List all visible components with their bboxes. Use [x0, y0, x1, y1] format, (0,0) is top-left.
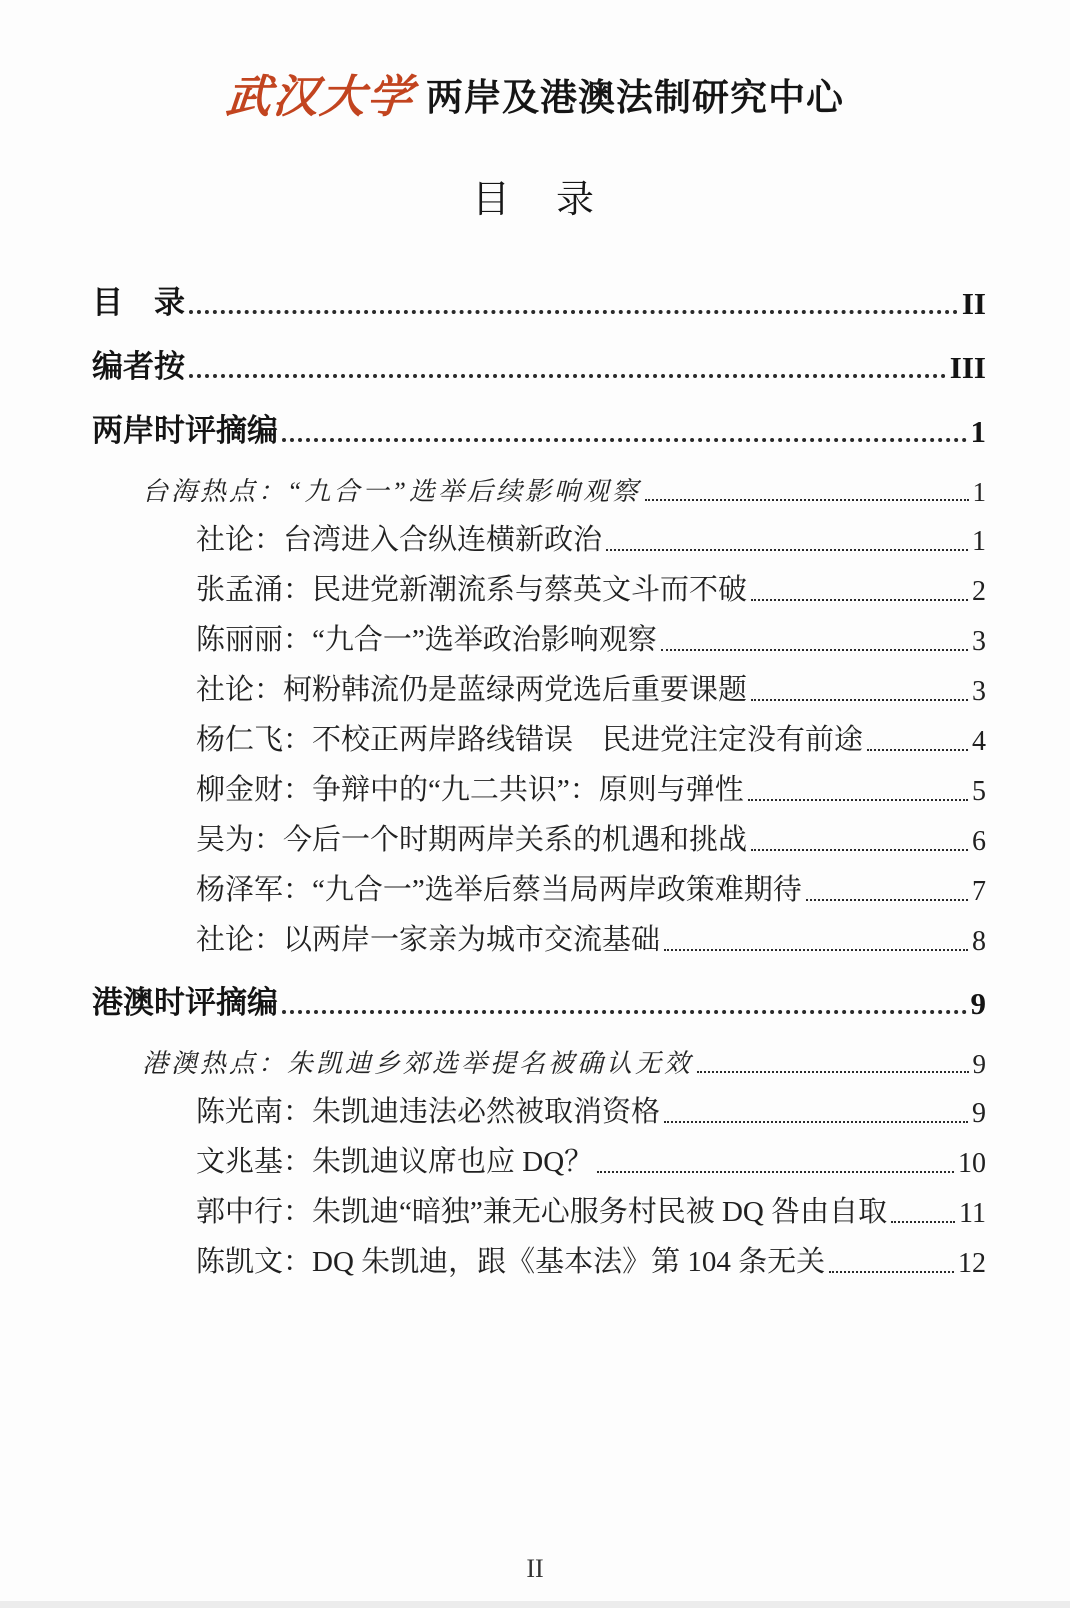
dotted-leader — [597, 1171, 954, 1173]
toc-entry: 杨泽军：“九合一”选举后蔡当局两岸政策难期待7 — [92, 858, 986, 908]
toc-entry-label: 港澳热点：朱凯迪乡郊选举提名被确认无效 — [142, 1043, 693, 1080]
page-footer: II — [0, 1554, 1070, 1584]
toc-entry-label: 港澳时评摘编 — [92, 977, 278, 1022]
org-header: 武汉大学两岸及港澳法制研究中心 — [0, 72, 1070, 124]
toc-entry-page: 9 — [973, 1049, 987, 1080]
toc-entry-page: 3 — [972, 626, 986, 658]
toc-entry: 台海热点：“九合一”选举后续影响观察1 — [92, 458, 986, 508]
toc-entry-page: 9 — [971, 986, 987, 1022]
toc-entry-label: 杨泽军：“九合一”选举后蔡当局两岸政策难期待 — [196, 867, 802, 908]
page-edge-strip — [0, 1601, 1070, 1608]
toc-entry-label: 编者按 — [92, 341, 185, 386]
toc-entry-page: 8 — [972, 926, 986, 958]
toc-entry-label: 两岸时评摘编 — [92, 405, 278, 450]
toc-entry: 文兆基：朱凯迪议席也应 DQ？10 — [92, 1130, 986, 1180]
dotted-leader — [751, 849, 968, 851]
toc-entry: 社论：台湾进入合纵连横新政治1 — [92, 508, 986, 558]
dotted-leader — [697, 1071, 968, 1073]
dotted-leader — [806, 899, 968, 901]
page-title: 目 录 — [0, 168, 1070, 223]
toc-entry-page: 4 — [972, 726, 986, 758]
toc-entry-label: 吴为：今后一个时期两岸关系的机遇和挑战 — [196, 817, 747, 858]
toc-entry-page: 7 — [972, 876, 986, 908]
toc-entry: 陈丽丽：“九合一”选举政治影响观察3 — [92, 608, 986, 658]
dotted-leader — [748, 799, 968, 801]
toc-entry: 柳金财：争辩中的“九二共识”：原则与弹性5 — [92, 758, 986, 808]
page-number: II — [526, 1554, 543, 1583]
toc-entry-page: II — [962, 286, 986, 322]
toc-entry: 目 录II — [92, 272, 986, 322]
org-name: 两岸及港澳法制研究中心 — [426, 76, 844, 119]
toc-entry-label: 柳金财：争辩中的“九二共识”：原则与弹性 — [196, 767, 744, 808]
dotted-leader — [751, 699, 968, 701]
toc-entry-page: 2 — [972, 576, 986, 608]
toc-entry-label: 陈丽丽：“九合一”选举政治影响观察 — [196, 617, 657, 658]
toc-entry-label: 社论：台湾进入合纵连横新政治 — [196, 517, 602, 558]
dotted-leader — [606, 549, 968, 551]
toc-entry-page: 1 — [971, 414, 987, 450]
toc-entry-label: 陈凯文：DQ 朱凯迪，跟《基本法》第 104 条无关 — [196, 1239, 825, 1280]
toc-entry: 港澳时评摘编9 — [92, 972, 986, 1022]
toc-entry-label: 文兆基：朱凯迪议席也应 DQ？ — [196, 1139, 593, 1180]
toc-entry-label: 目 录 — [92, 277, 185, 322]
toc-entry: 两岸时评摘编1 — [92, 400, 986, 450]
table-of-contents: 目 录II编者按III两岸时评摘编1台海热点：“九合一”选举后续影响观察1社论：… — [92, 272, 986, 1280]
toc-entry-label: 台海热点：“九合一”选举后续影响观察 — [142, 471, 641, 508]
toc-entry-page: 1 — [973, 477, 987, 508]
toc-entry-page: 5 — [972, 776, 986, 808]
dotted-leader — [645, 499, 969, 501]
toc-entry: 陈光南：朱凯迪违法必然被取消资格9 — [92, 1080, 986, 1130]
dotted-leader — [282, 1010, 967, 1014]
toc-entry-page: III — [950, 350, 986, 386]
toc-entry: 郭中行：朱凯迪“暗独”兼无心服务村民被 DQ 咎由自取11 — [92, 1180, 986, 1230]
toc-entry-label: 社论：柯粉韩流仍是蓝绿两党选后重要课题 — [196, 667, 747, 708]
dotted-leader — [867, 749, 968, 751]
dotted-leader — [829, 1271, 954, 1273]
toc-entry-page: 11 — [959, 1198, 986, 1230]
dotted-leader — [661, 649, 968, 651]
toc-entry-page: 3 — [972, 676, 986, 708]
toc-entry-page: 1 — [972, 526, 986, 558]
toc-entry: 张孟涌：民进党新潮流系与蔡英文斗而不破2 — [92, 558, 986, 608]
dotted-leader — [664, 949, 968, 951]
toc-entry-label: 陈光南：朱凯迪违法必然被取消资格 — [196, 1089, 660, 1130]
dotted-leader — [189, 310, 958, 314]
toc-entry: 港澳热点：朱凯迪乡郊选举提名被确认无效9 — [92, 1030, 986, 1080]
toc-entry: 杨仁飞：不校正两岸路线错误 民进党注定没有前途4 — [92, 708, 986, 758]
toc-entry: 吴为：今后一个时期两岸关系的机遇和挑战6 — [92, 808, 986, 858]
dotted-leader — [664, 1121, 968, 1123]
university-logo: 武汉大学 — [224, 72, 417, 124]
toc-entry: 陈凯文：DQ 朱凯迪，跟《基本法》第 104 条无关12 — [92, 1230, 986, 1280]
toc-entry: 编者按III — [92, 336, 986, 386]
dotted-leader — [751, 599, 968, 601]
toc-entry-label: 郭中行：朱凯迪“暗独”兼无心服务村民被 DQ 咎由自取 — [196, 1189, 887, 1230]
toc-entry: 社论：柯粉韩流仍是蓝绿两党选后重要课题3 — [92, 658, 986, 708]
toc-entry: 社论：以两岸一家亲为城市交流基础8 — [92, 908, 986, 958]
dotted-leader — [282, 438, 967, 442]
toc-entry-label: 张孟涌：民进党新潮流系与蔡英文斗而不破 — [196, 567, 747, 608]
toc-entry-label: 杨仁飞：不校正两岸路线错误 民进党注定没有前途 — [196, 717, 863, 758]
toc-entry-page: 6 — [972, 826, 986, 858]
toc-entry-label: 社论：以两岸一家亲为城市交流基础 — [196, 917, 660, 958]
toc-entry-page: 10 — [958, 1148, 986, 1180]
document-page: 武汉大学两岸及港澳法制研究中心 目 录 目 录II编者按III两岸时评摘编1台海… — [0, 0, 1070, 1608]
dotted-leader — [891, 1221, 955, 1223]
dotted-leader — [189, 374, 946, 378]
toc-entry-page: 9 — [972, 1098, 986, 1130]
toc-entry-page: 12 — [958, 1248, 986, 1280]
